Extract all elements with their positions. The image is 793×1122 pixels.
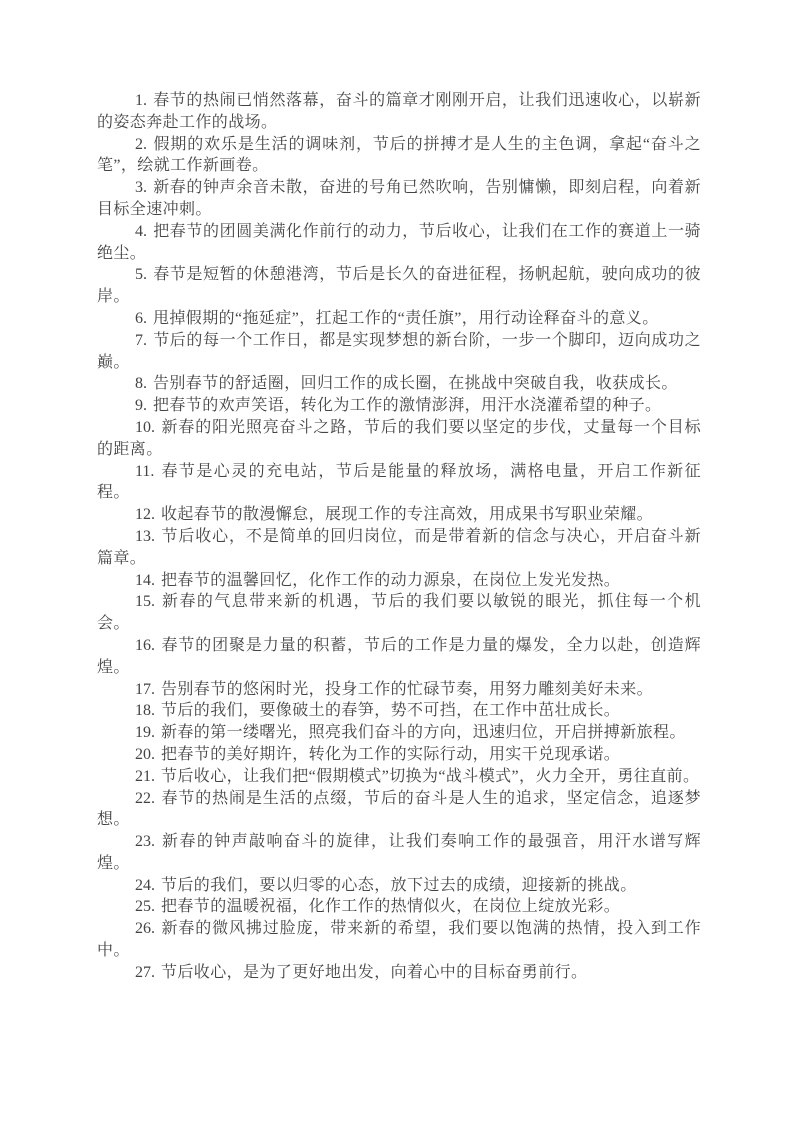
item-number: 26. [135,920,155,937]
list-item: 21.节后收心，让我们把“假期模式”切换为“战斗模式”，火力全开，勇往直前。 [97,766,701,788]
item-text: 假期的欢乐是生活的调味剂，节后的拼搏才是人生的主色调，拿起“奋斗之笔”，绘就工作… [97,136,701,175]
list-item: 5.春节是短暂的休憩港湾，节后是长久的奋进征程，扬帆起航，驶向成功的彼岸。 [97,264,701,308]
list-item: 22.春节的热闹是生活的点缀，节后的奋斗是人生的追求，坚定信念，追逐梦想。 [97,788,701,832]
item-text: 新春的第一缕曙光，照亮我们奋斗的方向，迅速归位，开启拼搏新旅程。 [161,724,686,741]
item-text: 春节是心灵的充电站，节后是能量的释放场，满格电量，开启工作新征程。 [97,463,701,502]
item-number: 18. [135,702,155,719]
item-number: 23. [135,833,155,850]
item-text: 春节的热闹是生活的点缀，节后的奋斗是人生的追求，坚定信念，追逐梦想。 [97,790,701,829]
item-number: 1. [135,92,147,109]
list-item: 1.春节的热闹已悄然落幕，奋斗的篇章才刚刚开启，让我们迅速收心，以崭新的姿态奔赴… [97,90,701,134]
item-number: 24. [135,877,155,894]
list-item: 4.把春节的团圆美满化作前行的动力，节后收心，让我们在工作的赛道上一骑绝尘。 [97,221,701,265]
item-number: 19. [135,724,155,741]
item-number: 21. [135,768,155,785]
list-item: 2.假期的欢乐是生活的调味剂，节后的拼搏才是人生的主色调，拿起“奋斗之笔”，绘就… [97,134,701,178]
item-text: 把春节的欢声笑语，转化为工作的激情澎湃，用汗水浇灌希望的种子。 [153,397,661,414]
item-number: 20. [135,746,155,763]
list-item: 8.告别春节的舒适圈，回归工作的成长圈，在挑战中突破自我，收获成长。 [97,373,701,395]
list-item: 3.新春的钟声余音未散，奋进的号角已然吹响，告别慵懒，即刻启程，向着新目标全速冲… [97,177,701,221]
item-number: 17. [135,681,155,698]
list-item: 17.告别春节的悠闲时光，投身工作的忙碌节奏，用努力雕刻美好未来。 [97,679,701,701]
item-text: 甩掉假期的“拖延症”，扛起工作的“责任旗”，用行动诠释奋斗的意义。 [153,310,659,327]
item-number: 10. [135,419,155,436]
item-text: 节后的我们，要像破土的春笋，势不可挡，在工作中茁壮成长。 [161,702,620,719]
item-number: 27. [135,964,155,981]
list-item: 25.把春节的温暖祝福，化作工作的热情似火，在岗位上绽放光彩。 [97,896,701,918]
item-number: 5. [135,266,147,283]
list-item: 6.甩掉假期的“拖延症”，扛起工作的“责任旗”，用行动诠释奋斗的意义。 [97,308,701,330]
list-item: 16.春节的团聚是力量的积蓄，节后的工作是力量的爆发，全力以赴，创造辉煌。 [97,635,701,679]
list-item: 7.节后的每一个工作日，都是实现梦想的新台阶，一步一个脚印，迈向成功之巅。 [97,330,701,374]
item-number: 12. [135,506,155,523]
item-number: 22. [135,790,155,807]
item-number: 25. [135,898,155,915]
item-number: 16. [135,637,155,654]
item-text: 节后收心，让我们把“假期模式”切换为“战斗模式”，火力全开，勇往直前。 [161,768,699,785]
item-text: 春节的团聚是力量的积蓄，节后的工作是力量的爆发，全力以赴，创造辉煌。 [97,637,701,676]
item-text: 新春的钟声余音未散，奋进的号角已然吹响，告别慵懒，即刻启程，向着新目标全速冲刺。 [97,179,701,218]
item-text: 把春节的温暖祝福，化作工作的热情似火，在岗位上绽放光彩。 [161,898,620,915]
item-text: 新春的阳光照亮奋斗之路，节后的我们要以坚定的步伐，丈量每一个目标的距离。 [97,419,701,458]
item-text: 新春的钟声敲响奋斗的旋律，让我们奏响工作的最强音，用汗水谱写辉煌。 [97,833,701,872]
list-item: 13.节后收心，不是简单的回归岗位，而是带着新的信念与决心，开启奋斗新篇章。 [97,526,701,570]
list-item: 14.把春节的温馨回忆，化作工作的动力源泉，在岗位上发光发热。 [97,570,701,592]
document-page: 1.春节的热闹已悄然落幕，奋斗的篇章才刚刚开启，让我们迅速收心，以崭新的姿态奔赴… [0,0,793,1122]
item-text: 节后的每一个工作日，都是实现梦想的新台阶，一步一个脚印，迈向成功之巅。 [97,332,701,371]
list-item: 15.新春的气息带来新的机遇，节后的我们要以敏锐的眼光，抓住每一个机会。 [97,591,701,635]
list-item: 19.新春的第一缕曙光，照亮我们奋斗的方向，迅速归位，开启拼搏新旅程。 [97,722,701,744]
item-text: 新春的气息带来新的机遇，节后的我们要以敏锐的眼光，抓住每一个机会。 [97,593,701,632]
list-item: 18.节后的我们，要像破土的春笋，势不可挡，在工作中茁壮成长。 [97,700,701,722]
item-number: 7. [135,332,147,349]
item-number: 13. [135,528,155,545]
item-text: 新春的微风拂过脸庞，带来新的希望，我们要以饱满的热情，投入到工作中。 [97,920,701,959]
item-number: 11. [135,463,154,480]
item-text: 告别春节的悠闲时光，投身工作的忙碌节奏，用努力雕刻美好未来。 [161,681,653,698]
list-item: 23.新春的钟声敲响奋斗的旋律，让我们奏响工作的最强音，用汗水谱写辉煌。 [97,831,701,875]
item-number: 3. [135,179,147,196]
item-text: 节后的我们，要以归零的心态，放下过去的成绩，迎接新的挑战。 [161,877,637,894]
item-number: 6. [135,310,147,327]
list-item: 24.节后的我们，要以归零的心态，放下过去的成绩，迎接新的挑战。 [97,875,701,897]
item-text: 节后收心，不是简单的回归岗位，而是带着新的信念与决心，开启奋斗新篇章。 [97,528,701,567]
item-text: 告别春节的舒适圈，回归工作的成长圈，在挑战中突破自我，收获成长。 [153,375,678,392]
item-text: 春节是短暂的休憩港湾，节后是长久的奋进征程，扬帆起航，驶向成功的彼岸。 [97,266,701,305]
list-item: 9.把春节的欢声笑语，转化为工作的激情澎湃，用汗水浇灌希望的种子。 [97,395,701,417]
item-text: 收起春节的散漫懈怠，展现工作的专注高效，用成果书写职业荣耀。 [161,506,653,523]
item-number: 9. [135,397,147,414]
item-text: 把春节的团圆美满化作前行的动力，节后收心，让我们在工作的赛道上一骑绝尘。 [97,223,701,262]
item-number: 4. [135,223,147,240]
item-text: 春节的热闹已悄然落幕，奋斗的篇章才刚刚开启，让我们迅速收心，以崭新的姿态奔赴工作… [97,92,701,131]
item-text: 把春节的温馨回忆，化作工作的动力源泉，在岗位上发光发热。 [161,572,620,589]
list-item: 11.春节是心灵的充电站，节后是能量的释放场，满格电量，开启工作新征程。 [97,461,701,505]
item-number: 14. [135,572,155,589]
item-text: 把春节的美好期许，转化为工作的实际行动，用实干兑现承诺。 [161,746,620,763]
item-number: 2. [135,136,147,153]
item-number: 15. [135,593,155,610]
list-item: 10.新春的阳光照亮奋斗之路，节后的我们要以坚定的步伐，丈量每一个目标的距离。 [97,417,701,461]
document-body: 1.春节的热闹已悄然落幕，奋斗的篇章才刚刚开启，让我们迅速收心，以崭新的姿态奔赴… [97,90,701,984]
item-number: 8. [135,375,147,392]
list-item: 20.把春节的美好期许，转化为工作的实际行动，用实干兑现承诺。 [97,744,701,766]
list-item: 12.收起春节的散漫懈怠，展现工作的专注高效，用成果书写职业荣耀。 [97,504,701,526]
list-item: 26.新春的微风拂过脸庞，带来新的希望，我们要以饱满的热情，投入到工作中。 [97,918,701,962]
list-item: 27.节后收心，是为了更好地出发，向着心中的目标奋勇前行。 [97,962,701,984]
item-text: 节后收心，是为了更好地出发，向着心中的目标奋勇前行。 [161,964,587,981]
